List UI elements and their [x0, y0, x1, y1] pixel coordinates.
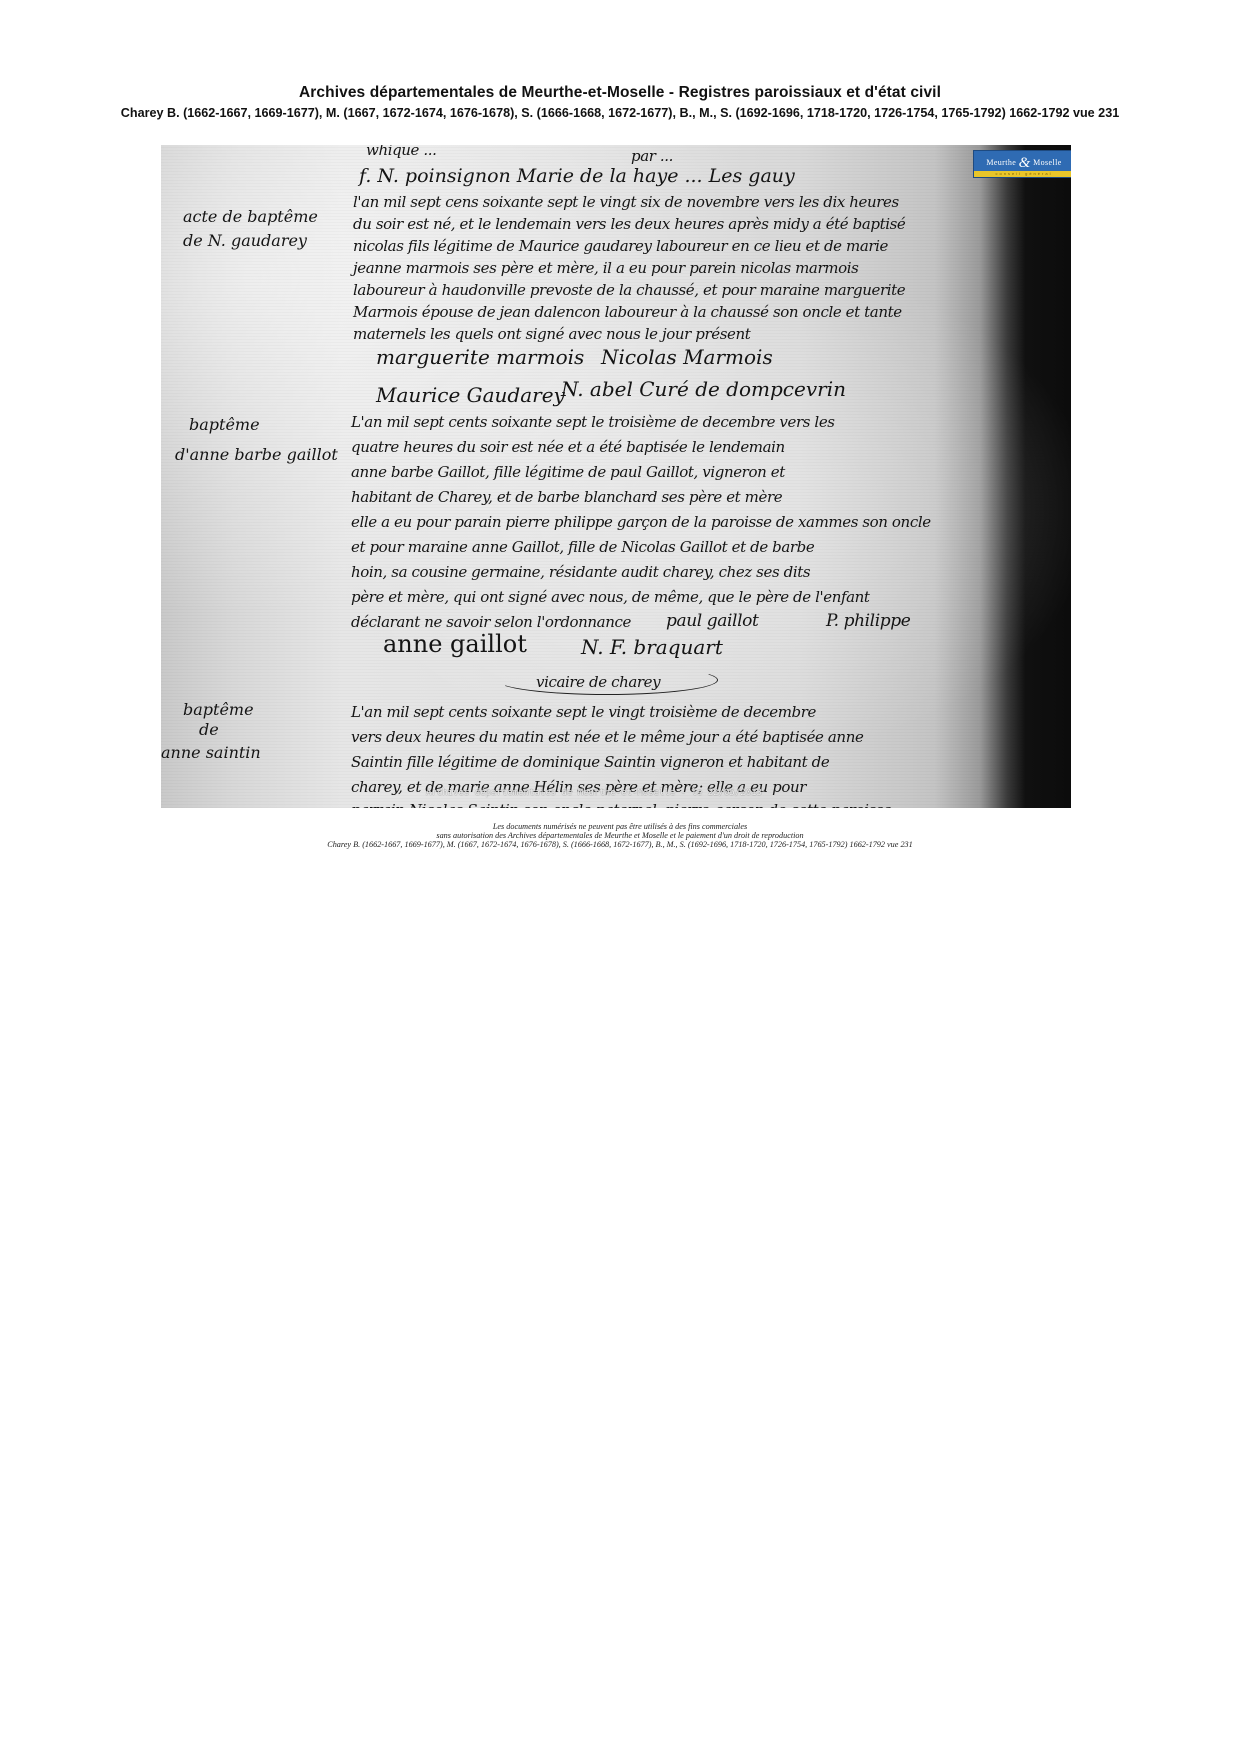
- margin-note: anne saintin: [161, 743, 261, 762]
- signature: N. abel Curé de dompcevrin: [561, 377, 846, 401]
- entry-3-line: vers deux heures du matin est née et le …: [351, 728, 863, 746]
- entry-3-line: L'an mil sept cents soixante sept le vin…: [351, 703, 816, 721]
- entry-2-line: et pour maraine anne Gaillot, fille de N…: [351, 538, 814, 556]
- entry-2-line: elle a eu pour parain pierre philippe ga…: [351, 513, 931, 531]
- signature: Nicolas Marmois: [601, 345, 773, 369]
- entry-1-line: maternels les quels ont signé avec nous …: [353, 325, 750, 343]
- logo-tagline: conseil général: [974, 171, 1071, 177]
- entry-2-line: hoin, sa cousine germaine, résidante aud…: [351, 563, 810, 581]
- margin-note: baptême: [183, 700, 254, 719]
- entry-2-line: quatre heures du soir est née et a été b…: [351, 438, 785, 456]
- entry-2-line: déclarant ne savoir selon l'ordonnance: [351, 613, 631, 631]
- logo-ampersand: &: [1019, 155, 1031, 171]
- top-fragment-line: whique ...: [366, 145, 437, 159]
- top-signatures-line: f. N. poinsignon Marie de la haye ... Le…: [359, 165, 795, 187]
- footer-notice-line-1: Les documents numérisés ne peuvent pas ê…: [0, 822, 1240, 831]
- margin-note: d'anne barbe gaillot: [175, 445, 338, 464]
- scanned-register-image: Meurthe & Moselle conseil général whique…: [161, 145, 1071, 808]
- entry-2-line: anne barbe Gaillot, fille légitime de pa…: [351, 463, 785, 481]
- margin-note: baptême: [189, 415, 260, 434]
- signature: N. F. braquart: [581, 635, 723, 659]
- footer-notice-line-2: sans autorisation des Archives départeme…: [0, 831, 1240, 840]
- entry-2-line: L'an mil sept cents soixante sept le tro…: [351, 413, 835, 431]
- top-fragment-line: par ...: [631, 147, 673, 165]
- entry-1-line: Marmois épouse de jean dalencon laboureu…: [353, 303, 902, 321]
- entry-1-line: laboureur à haudonville prevoste de la c…: [353, 281, 905, 299]
- logo-right-word: Moselle: [1033, 158, 1062, 167]
- logo-left-word: Meurthe: [986, 158, 1016, 167]
- margin-note: de N. gaudarey: [183, 231, 307, 250]
- entry-1-line: l'an mil sept cens soixante sept le ving…: [353, 193, 899, 211]
- entry-2-line: père et mère, qui ont signé avec nous, d…: [351, 588, 870, 606]
- page-subtitle: Charey B. (1662-1667, 1669-1677), M. (16…: [0, 106, 1240, 120]
- signature: P. philippe: [826, 611, 910, 631]
- page-title: Archives départementales de Meurthe-et-M…: [0, 84, 1240, 102]
- margin-note: de: [199, 720, 219, 739]
- entry-1-line: jeanne marmois ses père et mère, il a eu…: [353, 259, 858, 277]
- signature: marguerite marmois: [376, 345, 584, 369]
- meurthe-et-moselle-logo: Meurthe & Moselle conseil général: [973, 150, 1071, 178]
- entry-1-line: nicolas fils légitime de Maurice gaudare…: [353, 237, 888, 255]
- entry-2-line: habitant de Charey, et de barbe blanchar…: [351, 488, 782, 506]
- signature-flourish: [496, 665, 718, 695]
- signature: Maurice Gaudarey: [376, 383, 565, 407]
- entry-3-line: Saintin fille légitime de dominique Sain…: [351, 753, 829, 771]
- entry-3-line: parrain Nicolas Saintin son oncle patern…: [351, 801, 892, 808]
- signature: anne gaillot: [383, 630, 527, 658]
- logo-text: Meurthe & Moselle: [974, 155, 1071, 172]
- footer-reference: Charey B. (1662-1667, 1669-1677), M. (16…: [0, 840, 1240, 849]
- entry-1-line: du soir est né, et le lendemain vers les…: [353, 215, 905, 233]
- signature: paul gaillot: [666, 611, 758, 631]
- margin-note: acte de baptême: [183, 207, 318, 226]
- archive-watermark: Archives départementales de Meurthe-et-M…: [426, 788, 762, 798]
